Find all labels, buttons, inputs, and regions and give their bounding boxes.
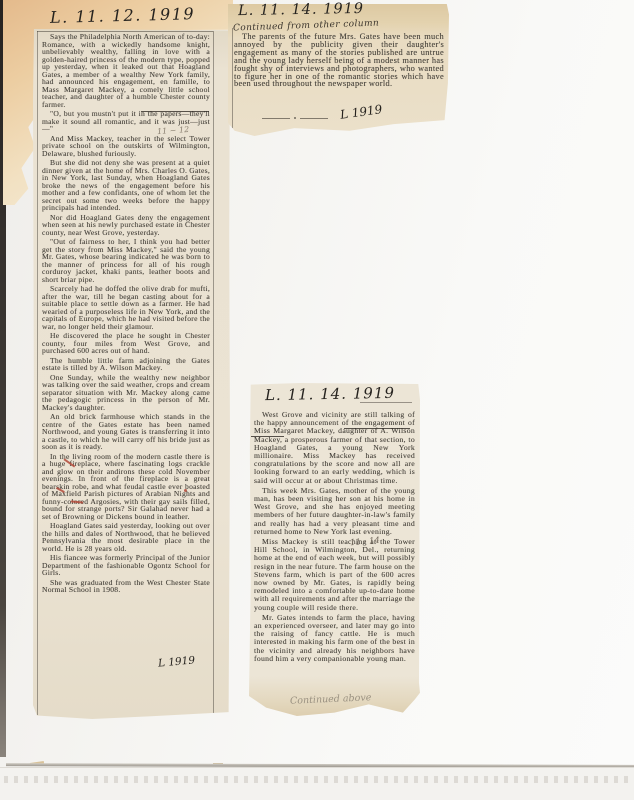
news-paragraph: An old brick farmhouse which stands in t… (42, 413, 210, 451)
news-paragraph: West Grove and vicinity are still talkin… (254, 411, 415, 485)
underline-mark (344, 428, 410, 429)
news-paragraph: He discovered the place he sought in Che… (42, 332, 210, 355)
news-paragraph: His fiancee was formerly Principal of th… (42, 554, 210, 577)
handwritten-date-left: L. 11. 12. 1919 (50, 4, 196, 27)
news-paragraph: Miss Mackey is still teaching at the Tow… (254, 538, 415, 612)
binding-strip (0, 767, 634, 800)
clipping-bottom-right: West Grove and vicinity are still talkin… (249, 383, 420, 716)
stitch-pattern (4, 776, 630, 783)
news-paragraph: This week Mrs. Gates, mother of the youn… (254, 487, 415, 536)
news-paragraph: She was graduated from the West Chester … (42, 579, 210, 594)
printed-rule (360, 402, 412, 403)
clipping-left: Says the Philadelphia North American of … (33, 29, 230, 719)
news-paragraph: Hoagland Gates said yesterday, looking o… (42, 522, 210, 552)
news-paragraph: The parents of the future Mrs. Gates hav… (234, 33, 444, 88)
printed-rule (37, 31, 38, 715)
printed-rule (37, 31, 213, 32)
news-paragraph: Mr. Gates intends to farm the place, hav… (254, 614, 415, 663)
news-paragraph: And Miss Mackey, teacher in the select T… (42, 135, 210, 158)
underline-mark (141, 111, 209, 112)
news-paragraph: Nor did Hoagland Gates deny the engageme… (42, 214, 210, 237)
news-paragraph: One Sunday, while the wealthy new neighb… (42, 374, 210, 412)
article-text: West Grove and vicinity are still talkin… (254, 411, 415, 701)
article-text: Says the Philadelphia North American of … (42, 33, 210, 715)
underline-mark (251, 436, 284, 437)
news-paragraph: But she did not deny she was present at … (42, 159, 210, 212)
printed-rule (262, 117, 328, 119)
news-paragraph: The humble little farm adjoining the Gat… (42, 357, 210, 372)
red-pencil-mark (184, 489, 187, 492)
news-paragraph: Scarcely had he doffed the olive drab fo… (42, 285, 210, 330)
printed-rule (232, 28, 233, 128)
handwritten-date-top-right: L. 11. 14. 1919 (238, 1, 364, 19)
printed-rule (213, 31, 214, 715)
news-paragraph: Says the Philadelphia North American of … (42, 33, 210, 108)
news-paragraph: "Out of fairness to her, I think you had… (42, 238, 210, 283)
